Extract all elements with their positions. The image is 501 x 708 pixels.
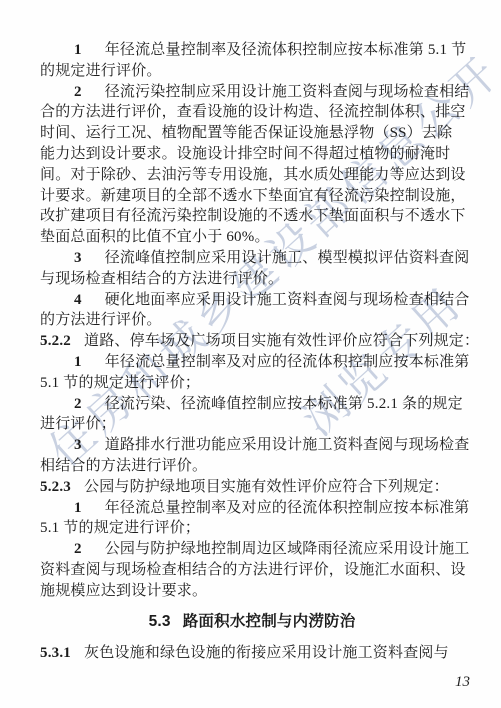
item-number: 3 <box>74 248 82 269</box>
item-number: 3 <box>74 435 82 456</box>
item-number: 4 <box>74 290 82 311</box>
line-text: 径流峰值控制应采用设计施工、模型模拟评估资料查阅 <box>105 250 470 266</box>
text-line: 2径流污染控制应采用设计施工资料查阅与现场检查相结 <box>40 82 464 103</box>
line-text: 的方法进行评价。 <box>40 312 162 328</box>
line-text: 合的方法进行评价，查看设施的设计构造、径流控制体积、排空 <box>40 104 466 120</box>
line-text: 进行评价； <box>40 416 116 432</box>
line-text: 时间、运行工况、植物配置等能否保证设施悬浮物（SS）去除 <box>40 125 452 141</box>
section-heading: 5.3路面积水控制与内涝防治 <box>40 612 464 633</box>
line-text: 年径流总量控制率及对应的径流体积控制应按本标准第 <box>105 354 470 370</box>
text-line: 1年径流总量控制率及对应的径流体积控制应按本标准第 <box>40 498 464 519</box>
line-text: 施规模应达到设计要求。 <box>40 583 207 599</box>
text-line: 施规模应达到设计要求。 <box>40 581 464 602</box>
text-line: 垫面总面积的比值不宜小于 60%。 <box>40 227 464 248</box>
line-text: 灰色设施和绿色设施的衔接应采用设计施工资料查阅与 <box>84 645 449 661</box>
text-line: 间。对于除砂、去油污等专用设施，其水质处理能力等应达到设 <box>40 165 464 186</box>
line-text: 年径流总量控制率及径流体积控制应按本标准第 5.1 节 <box>105 42 467 58</box>
line-text: 的规定进行评价。 <box>40 63 162 79</box>
text-line: 4硬化地面率应采用设计施工资料查阅与现场检查相结合 <box>40 290 464 311</box>
line-text: 径流污染、径流峰值控制应按本标准第 5.2.1 条的规定 <box>105 396 463 412</box>
line-text: 年径流总量控制率及对应的径流体积控制应按本标准第 <box>105 500 470 516</box>
item-number: 1 <box>74 352 82 373</box>
line-text: 公园与防护绿地项目实施有效性评价应符合下列规定： <box>84 479 449 495</box>
line-text: 能力达到设计要求。设施设计排空时间不得超过植物的耐淹时 <box>40 146 450 162</box>
item-number: 1 <box>74 498 82 519</box>
item-number: 1 <box>74 40 82 61</box>
document-body: 1年径流总量控制率及径流体积控制应按本标准第 5.1 节的规定进行评价。2径流污… <box>40 40 464 664</box>
line-text: 改扩建项目有径流污染控制设施的不透水下垫面面积与不透水下 <box>40 208 466 224</box>
item-number: 2 <box>74 394 82 415</box>
line-text: 5.1 节的规定进行评价； <box>40 375 200 391</box>
document-page: 住房和城乡建设部信息公开 浏览专用 1年径流总量控制率及径流体积控制应按本标准第… <box>0 0 501 708</box>
text-line: 能力达到设计要求。设施设计排空时间不得超过植物的耐淹时 <box>40 144 464 165</box>
text-line: 改扩建项目有径流污染控制设施的不透水下垫面面积与不透水下 <box>40 206 464 227</box>
clause-number: 5.2.3 <box>40 477 71 498</box>
text-line: 合的方法进行评价，查看设施的设计构造、径流控制体积、排空 <box>40 102 464 123</box>
text-line: 时间、运行工况、植物配置等能否保证设施悬浮物（SS）去除 <box>40 123 464 144</box>
text-line: 2公园与防护绿地控制周边区域降雨径流应采用设计施工 <box>40 539 464 560</box>
text-line: 资料查阅与现场检查相结合的方法进行评价，设施汇水面积、设 <box>40 560 464 581</box>
line-text: 公园与防护绿地控制周边区域降雨径流应采用设计施工 <box>105 541 470 557</box>
text-line: 与现场检查相结合的方法进行评价。 <box>40 269 464 290</box>
clause-number: 5.2.2 <box>40 331 71 352</box>
line-text: 路面积水控制与内涝防治 <box>183 613 356 630</box>
page-number: 13 <box>455 674 470 691</box>
line-text: 道路排水行泄功能应采用设计施工资料查阅与现场检查 <box>105 437 470 453</box>
clause-number: 5.3.1 <box>40 643 71 664</box>
line-text: 计要求。新建项目的全部不透水下垫面宜有径流污染控制设施， <box>40 188 466 204</box>
text-line: 计要求。新建项目的全部不透水下垫面宜有径流污染控制设施， <box>40 186 464 207</box>
clause-number: 5.3 <box>149 613 171 630</box>
text-line: 的方法进行评价。 <box>40 310 464 331</box>
text-line: 5.3.1灰色设施和绿色设施的衔接应采用设计施工资料查阅与 <box>40 643 464 664</box>
line-text: 垫面总面积的比值不宜小于 60%。 <box>40 229 270 245</box>
text-line: 进行评价； <box>40 414 464 435</box>
text-line: 3道路排水行泄功能应采用设计施工资料查阅与现场检查 <box>40 435 464 456</box>
text-line: 5.1 节的规定进行评价； <box>40 373 464 394</box>
line-text: 道路、停车场及广场项目实施有效性评价应符合下列规定： <box>84 333 479 349</box>
text-line: 5.1 节的规定进行评价； <box>40 518 464 539</box>
text-line: 3径流峰值控制应采用设计施工、模型模拟评估资料查阅 <box>40 248 464 269</box>
text-line: 1年径流总量控制率及对应的径流体积控制应按本标准第 <box>40 352 464 373</box>
line-text: 硬化地面率应采用设计施工资料查阅与现场检查相结合 <box>105 292 470 308</box>
text-line: 相结合的方法进行评价。 <box>40 456 464 477</box>
line-text: 5.1 节的规定进行评价； <box>40 520 200 536</box>
line-text: 间。对于除砂、去油污等专用设施，其水质处理能力等应达到设 <box>40 167 466 183</box>
line-text: 径流污染控制应采用设计施工资料查阅与现场检查相结 <box>105 84 470 100</box>
line-text: 资料查阅与现场检查相结合的方法进行评价，设施汇水面积、设 <box>40 562 466 578</box>
item-number: 2 <box>74 82 82 103</box>
text-line: 5.2.3公园与防护绿地项目实施有效性评价应符合下列规定： <box>40 477 464 498</box>
text-line: 2径流污染、径流峰值控制应按本标准第 5.2.1 条的规定 <box>40 394 464 415</box>
item-number: 2 <box>74 539 82 560</box>
text-line: 的规定进行评价。 <box>40 61 464 82</box>
line-text: 与现场检查相结合的方法进行评价。 <box>40 271 283 287</box>
text-line: 1年径流总量控制率及径流体积控制应按本标准第 5.1 节 <box>40 40 464 61</box>
line-text: 相结合的方法进行评价。 <box>40 458 207 474</box>
text-line: 5.2.2道路、停车场及广场项目实施有效性评价应符合下列规定： <box>40 331 464 352</box>
